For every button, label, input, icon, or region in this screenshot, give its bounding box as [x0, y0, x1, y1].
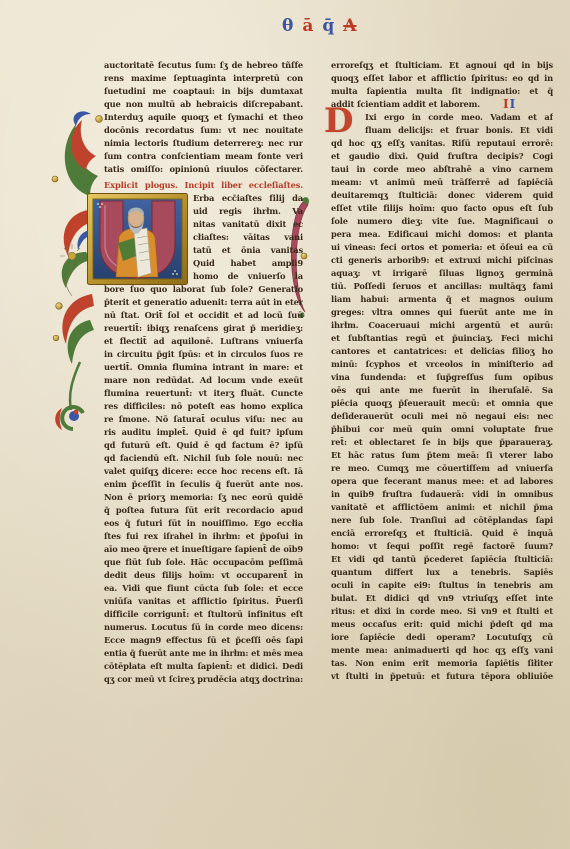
text-line: reuertit̄: ibiqʒ renaſcens girat p̄ meri… — [104, 322, 303, 335]
text-line: fluam delicijs: et fruar bonis. Et vidi — [365, 124, 553, 137]
text-line: homo de vniuerſo la — [193, 270, 303, 283]
quire-mark-glyph: A — [343, 16, 356, 36]
red-dot — [74, 410, 79, 415]
text-line: dedit deus filijs hoīm: vt occuparent̄ i… — [104, 569, 303, 582]
text-line: nere ſub ſole. Tranſiui ad cōtēplandas ſ… — [331, 514, 553, 527]
text-line: cōtēplata eſt multa ſapient̄: et didici.… — [104, 660, 303, 673]
text-line: et ſubſtantias regū et p̄uinciaʒ. Feci m… — [331, 332, 553, 345]
text-line: ſuetudini me coaptaui: in bijs dumtaxat — [104, 85, 303, 98]
text-line: res difficiles: nō poteſt eas homo expli… — [104, 400, 303, 413]
text-line: ris auditu implet̄. Quid ē qd fuit? ipſu… — [104, 426, 303, 439]
text-line: ihrłm. Coaceruaui michi argentū et aurū: — [331, 319, 553, 332]
border-lower-acanthus — [53, 294, 94, 364]
text-line: mente mea: animaduerti qd hoc qʒ eſſʒ va… — [331, 644, 553, 657]
text-line: numerus. Locutus ſū in corde meo dicens: — [104, 621, 303, 634]
text-line: Quid habet ampli9 — [193, 257, 303, 270]
text-line: q̄ poſtea futura ſūt erit recordacio apu… — [104, 504, 303, 517]
text-line: qʒ cor meū vt ſcireʒ prudēcia atqʒ doctr… — [104, 673, 303, 686]
blue-leaf — [74, 111, 91, 126]
text-line: quantum differt lux a tenebris. Sapiēs — [331, 566, 553, 579]
text-line: cłiaſtes: vāitas vani — [193, 231, 303, 244]
text-line: et flectit̄ ad aquilonē. Luſtrans vniuer… — [104, 335, 303, 348]
chapter-numeral-i-blue: I — [510, 97, 517, 111]
text-line: enciā erroreſqʒ et ſtulticiā. Quid ē inq… — [331, 527, 553, 540]
text-line: piēcia quoqʒ p̄ſeuerauit mecū: et omnia … — [331, 397, 553, 410]
text-line: ſole numero dieʒ: vite ſue. Magnificaui … — [331, 215, 553, 228]
green-leaf — [68, 320, 94, 364]
text-line: cti generis arborib9: et extruxi michi p… — [331, 254, 553, 267]
text-line: uid regis ihrłm. Va — [193, 205, 303, 218]
text-line: oculi in capite ei9: ſtultus in tenebris… — [331, 579, 553, 592]
text-line: valet quiſqʒ dicere: ecce hoc recens eſt… — [104, 465, 303, 478]
text-line: ea. Vidi que fiunt cūcta ſub ſole: et ec… — [104, 582, 303, 595]
text-line: que fiūt ſub ſole. Hāc occupacōm peſſimā — [104, 556, 303, 569]
text-line: bore ſuo quo laborat ſub ſole? Generatio — [104, 283, 303, 296]
text-line: oēs qui ante me fuerūt in iheruſalē. Sa — [331, 384, 553, 397]
gold-ball — [52, 176, 58, 182]
text-line: qd faciendū eſt. Nichil ſub ſole nouū: n… — [104, 452, 303, 465]
text-line: docōnis recordatus ſum: vt nec nouitate — [104, 124, 303, 137]
text-line: Explicit plogus. Incipit liber eccleſiaſ… — [104, 179, 303, 192]
quire-mark-glyph: θ — [282, 16, 293, 36]
text-line: Et vidi qd tantū p̄cederet ſapiēcia ſtul… — [331, 553, 553, 566]
text-line: qd hoc qʒ eſſʒ vanitas. Riſū reputaui er… — [331, 137, 553, 150]
text-line: p̄terit et generatio aduenit: terra aūt … — [104, 296, 303, 309]
text-line: tatis omiſſo: opinionū riuulos cōſectare… — [104, 163, 303, 176]
text-line: tiū. Poſſedi ſeruos et ancillas: multāqʒ… — [331, 280, 553, 293]
drop-cap-initial: D — [324, 108, 354, 136]
gold-ball — [96, 116, 103, 123]
text-line: et gaudio dixi. Quid fruſtra decipis? Co… — [331, 150, 553, 163]
gold-ball — [56, 303, 63, 310]
text-line: vanitatē et afflictōem animi: et nichil … — [331, 501, 553, 514]
text-line: Ecce magn9 effectus ſū et p̄ceſſi oēs ſa… — [104, 634, 303, 647]
border-top-cluster — [52, 111, 102, 196]
text-line: aīo meo q̄rere et inueſtigare ſapient̄ d… — [104, 543, 303, 556]
chapter-numeral: II — [503, 98, 516, 111]
text-line: ui vineas: feci ortos et pomeria: et ōſe… — [331, 241, 553, 254]
text-line: erroreſqʒ et ſtulticiam. Et agnoui qd in… — [331, 59, 553, 72]
text-line: ret̄: et oblectaret ſe in bijs que p̄par… — [331, 436, 553, 449]
text-line: tas. Non enim erit memoria ſapiētis ſiłi… — [331, 657, 553, 670]
stem — [70, 362, 80, 410]
text-line: nimia lectoris ſtudium deterrereʒ: nec r… — [104, 137, 303, 150]
text-line: vt ſtulti in p̄petuū: et futura tēpora o… — [331, 670, 553, 683]
text-line: nū ſtat. Orit̄ ſol et occidit et ad locū… — [104, 309, 303, 322]
text-line: homo: vt ſequi poſſit regē factorē ſuum? — [331, 540, 553, 553]
text-line: in circuitu p̄git ſpūs: et in circulos ſ… — [104, 348, 303, 361]
text-line: minū: ſcyphos et vrceolos in miniſterio … — [331, 358, 553, 371]
text-line: ſum contra conſcientiam meam fonte veri — [104, 150, 303, 163]
text-line: enim p̄ceſſit in ſeculis q̄ fuerūt ante … — [104, 478, 303, 491]
text-line: auctoritatē ſecutus ſum: ſʒ de hebreo tñ… — [104, 59, 303, 72]
chapter-numeral-i-red: I — [503, 97, 510, 111]
text-line: taui in corde meo abſtrahē a vino carnem — [331, 163, 553, 176]
text-line: bulat. Et didici qd vn9 vtriuſqʒ eſſet i… — [331, 592, 553, 605]
text-line: p̄hibui cor meū quin omni voluptate frue — [331, 423, 553, 436]
text-line: ritus: et dixi in corde meo. Si vn9 et ſ… — [331, 605, 553, 618]
border-tail-curl — [55, 362, 83, 430]
quire-mark-glyph: q̄ — [322, 16, 334, 36]
text-line: difficile corrigunt̄: et ſtultorū infini… — [104, 608, 303, 621]
text-line: vniūſa vanitas et afflictio ſpiritus. P̄… — [104, 595, 303, 608]
text-line: qd futurū eſt. Quid ē qd factum ē? ipſū — [104, 439, 303, 452]
text-line: Interduʒ aquile quoqʒ et ſymachi et theo — [104, 111, 303, 124]
right-text-column: erroreſqʒ et ſtulticiam. Et agnoui qd in… — [331, 59, 553, 683]
text-line: opera que fecerant manus mee: et ad labo… — [331, 475, 553, 488]
quire-mark-glyph: ā — [302, 16, 313, 36]
text-line: eſſet vtile filijs hoīm: quo facto opus … — [331, 202, 553, 215]
text-line: multa ſapientia multa ſit indignatio: et… — [331, 85, 553, 98]
gold-ball — [53, 335, 59, 341]
text-line: quoqʒ eſſet labor et afflictio ſpiritus:… — [331, 72, 553, 85]
text-line: liam habui: armenta q̄ et magnos ouium — [331, 293, 553, 306]
text-line: re meo. Cumqʒ me cōuertiſſem ad vniuerſa — [331, 462, 553, 475]
text-line: aquaʒ: vt irrigarē ſiluas lignoʒ germinā — [331, 267, 553, 280]
text-line: in quib9 fruſtra ſudauerā: vidi in omnib… — [331, 488, 553, 501]
text-line: flumina reuertunt̄: vt iterʒ fluāt. Cunc… — [104, 387, 303, 400]
text-line: cantores et cantatrices: et delicias fil… — [331, 345, 553, 358]
text-line: Erba ecc̄iaſtes filij da — [193, 192, 303, 205]
text-line: meam: vt animū meū trāſferrē ad ſapiēciā — [331, 176, 553, 189]
text-line: eos q̄ futuri ſūt in nouiſſimo. Ego eccł… — [104, 517, 303, 530]
text-line: uertit̄. Omnia flumina intrant in mare: … — [104, 361, 303, 374]
text-line: deuitaremqʒ ſtulticiā: donec viderem qui… — [331, 189, 553, 202]
text-line: ſtes fui rex iſrahel in ihrłm: et p̄poſu… — [104, 530, 303, 543]
text-line: vina fundenda: et ſup̄greſſus ſum opibus — [331, 371, 553, 384]
text-line: greges: vltra omnes qui fuerūt ante me i… — [331, 306, 553, 319]
text-line: entia q̄ fuerūt ante me in ihrłm: et mēs… — [104, 647, 303, 660]
text-line: nitas vanitatū dixit ec — [193, 218, 303, 231]
left-text-column: auctoritatē ſecutus ſum: ſʒ de hebreo tñ… — [104, 59, 303, 686]
text-line: deſiderauerūt oculi mei nō negaui eis: n… — [331, 410, 553, 423]
text-line: rens maxime ſeptuaginta interpretū con — [104, 72, 303, 85]
text-line: que non multū ab hebraicis diſcrepabant. — [104, 98, 303, 111]
text-line: re ſmone. Nō ſaturat̄ oculus viſu: nec a… — [104, 413, 303, 426]
text-line: Et hāc ratus ſum p̄tem meā: ſi vterer la… — [331, 449, 553, 462]
text-line: Non ē priorʒ memoria: ſʒ nec eorū quidē — [104, 491, 303, 504]
text-line: pera mea. Edificaui michi domos: et plan… — [331, 228, 553, 241]
text-line: meus occaſus erit: quid michi p̄deſt qd … — [331, 618, 553, 631]
text-line: tatū et ōnia vanitas — [193, 244, 303, 257]
quire-signature-marks: θāq̄A — [282, 16, 356, 36]
manuscript-page: { "page": { "vellum_color": "#e8dfc8", "… — [0, 0, 570, 849]
text-line: addit ſcientiam addit et laborem. — [331, 98, 553, 111]
text-line: mare non redūdat. Ad locum vnde exeūt — [104, 374, 303, 387]
text-line: iore ſapiēcie dedi operam? Locutuſqʒ cū — [331, 631, 553, 644]
text-line: Ixi ergo in corde meo. Vadam et af — [365, 111, 553, 124]
